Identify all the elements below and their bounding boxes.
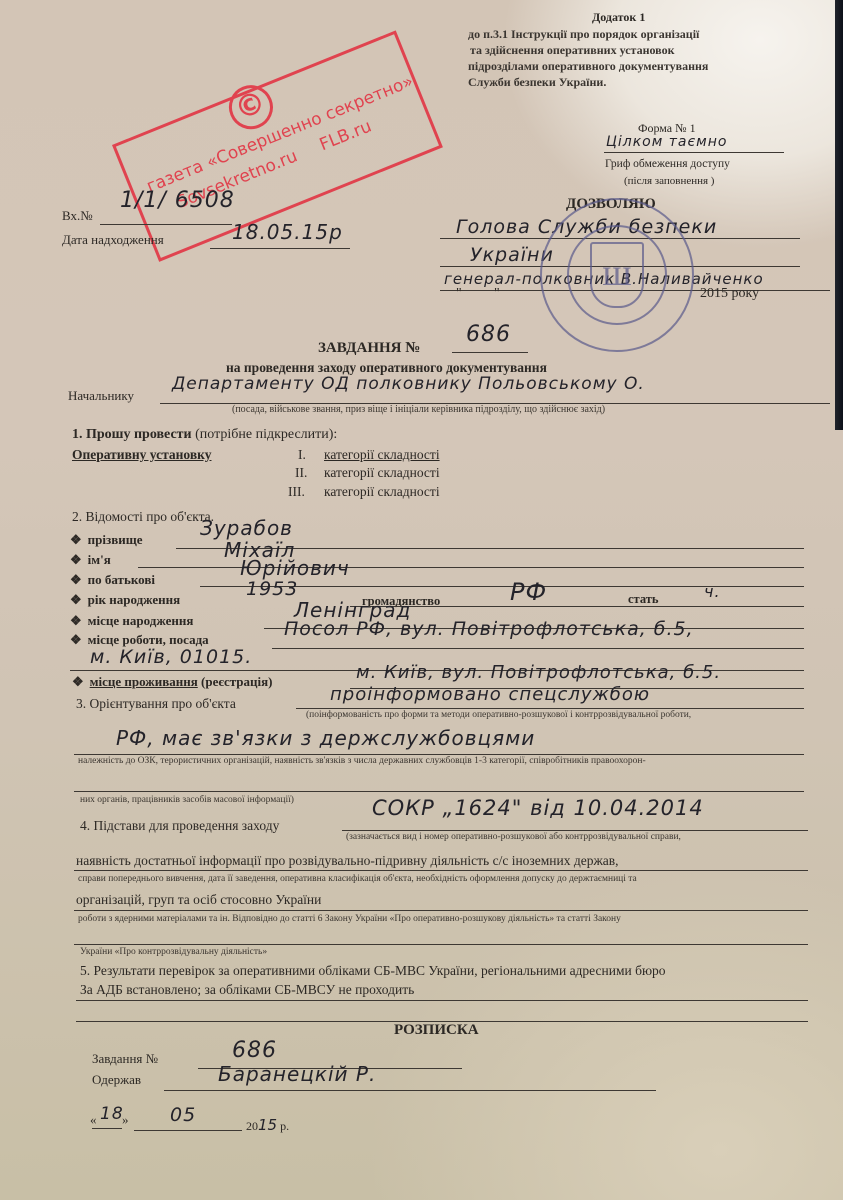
appendix-line: до п.3.1 Інструкції про порядок організа… <box>468 26 708 42</box>
incoming-number-line <box>100 224 232 225</box>
section1-title-bold: 1. Прошу провести <box>72 427 192 442</box>
chief-label: Начальнику <box>68 388 134 404</box>
receipt-title: РОЗПИСКА <box>394 1022 479 1039</box>
appendix-title: Додаток 1 <box>592 10 753 25</box>
trident-emblem-icon: ш <box>590 242 644 308</box>
patronymic-label: ❖по батькові <box>70 572 155 588</box>
section4-line-4 <box>74 944 808 945</box>
receipt-month-line <box>134 1130 242 1131</box>
citizenship-value: РФ <box>510 578 547 606</box>
section4-note3: роботи з ядерними матеріалами та ін. Від… <box>78 914 621 924</box>
label-text: рік народження <box>88 592 181 607</box>
diamond-bullet-icon: ❖ <box>70 572 82 587</box>
section4-value-line1: СОКР „1624" від 10.04.2014 <box>372 796 704 820</box>
classification-value: Цілком таємно <box>606 134 727 150</box>
incoming-date-value: 18.05.15р <box>232 220 343 244</box>
section2-title: 2. Відомості про об'єкта. <box>72 509 214 525</box>
sex-value: ч. <box>704 582 721 601</box>
receipt-year: 2015 р. <box>246 1116 289 1134</box>
section5-value: За АДБ встановлено; за обліками СБ-МВСУ … <box>80 982 414 998</box>
label-text: місце народження <box>88 613 194 628</box>
category-option-1[interactable]: категорії складності <box>324 447 440 463</box>
appendix-line: та здійснення оперативних установок <box>468 42 708 58</box>
category-numeral: I. <box>298 447 306 463</box>
approval-year: 2015 року <box>700 286 759 302</box>
receipt-task-label: Завдання № <box>92 1051 158 1067</box>
incoming-date-line <box>210 248 350 249</box>
diamond-bullet-icon: ❖ <box>70 552 82 567</box>
label-text: місце роботи, посада <box>88 632 209 647</box>
section3-note2: належність до ОЗК, терористичних організ… <box>78 756 646 766</box>
appendix-text: до п.3.1 Інструкції про порядок організа… <box>468 26 708 90</box>
diamond-bullet-icon: ❖ <box>70 613 82 628</box>
category-numeral: III. <box>288 484 305 500</box>
year-prefix: 20 <box>246 1119 258 1133</box>
category-option-2[interactable]: категорії складності <box>324 465 440 481</box>
section4-value-line3: організацій, груп та осіб стосовно Украї… <box>76 892 321 908</box>
patronymic-value: Юрійович <box>240 556 350 580</box>
name-line <box>138 567 804 568</box>
work-value-line1: Посол РФ, вул. Повітрофлотська, б.5, <box>284 618 694 640</box>
surname-value: Зурабов <box>200 516 293 540</box>
residence-value: м. Київ, вул. Повітрофлотська, б.5. <box>356 662 721 683</box>
receipt-day-quote: « <box>90 1112 97 1128</box>
section4-line-2 <box>74 870 808 871</box>
receipt-received-label: Одержав <box>92 1072 141 1088</box>
section4-note2: справи попереднього вивчення, дата її за… <box>78 874 637 884</box>
incoming-date-label: Дата надходження <box>62 232 164 248</box>
receipt-received-value: Баранецкій Р. <box>218 1062 376 1086</box>
incoming-number-value: 1/1/ 6508 <box>120 188 235 213</box>
work-value-line2: м. Київ, 01015. <box>90 646 252 668</box>
diamond-bullet-icon: ❖ <box>70 592 82 607</box>
label-text: місце проживання <box>90 674 198 689</box>
section4-line <box>342 830 808 831</box>
task-number-line <box>452 352 528 353</box>
work-line <box>272 648 804 649</box>
section3-note3: них органів, працівників засобів масової… <box>80 795 294 805</box>
name-label: ❖ім'я <box>70 552 111 568</box>
section5-line <box>76 1000 808 1001</box>
sbu-round-seal: ш <box>540 198 694 352</box>
section1-action: Оперативну установку <box>72 447 211 463</box>
section5-title: 5. Результати перевірок за оперативними … <box>80 963 666 979</box>
birth-year-label: ❖рік народження <box>70 592 180 608</box>
section3-line <box>296 708 804 709</box>
receipt-day-line <box>92 1128 122 1129</box>
photo-edge <box>835 0 843 430</box>
classification-line <box>604 152 784 153</box>
label-text: прізвище <box>88 532 143 547</box>
receipt-received-line <box>164 1090 656 1091</box>
year-handwritten: 15 <box>258 1116 277 1134</box>
receipt-task-value: 686 <box>232 1038 277 1063</box>
receipt-day-quote: » <box>122 1112 129 1128</box>
diamond-bullet-icon: ❖ <box>72 674 84 689</box>
section1-title-rest: (потрібне підкреслити): <box>192 427 338 442</box>
category-numeral: II. <box>295 465 307 481</box>
section3-line-2 <box>74 754 804 755</box>
receipt-day: 18 <box>100 1104 124 1124</box>
diamond-bullet-icon: ❖ <box>70 532 82 547</box>
sex-label: стать <box>628 592 659 607</box>
year-suffix: р. <box>280 1119 289 1133</box>
section3-value-line2: РФ, має зв'язки з держслужбовцями <box>116 726 535 750</box>
section4-value-line2: наявність достатньої інформації про розв… <box>76 853 619 869</box>
section4-title: 4. Підстави для проведення заходу <box>80 818 279 834</box>
section3-note1: (поінформованість про форми та методи оп… <box>306 710 691 720</box>
residence-label: ❖місце проживання (реєстрація) <box>72 674 272 690</box>
section4-note1: (зазначається вид і номер оперативно-роз… <box>346 832 681 842</box>
watermark-line: газета «Совершенно секретно» <box>144 71 416 197</box>
approval-date-quote: " <box>456 286 462 302</box>
label-text: по батькові <box>88 572 155 587</box>
birthplace-label: ❖місце народження <box>70 613 193 629</box>
citizenship-line <box>350 606 804 607</box>
chief-note: (посада, військове звання, приз віще і і… <box>232 404 605 415</box>
chief-value: Департаменту ОД полковнику Польовському … <box>172 374 645 394</box>
section3-value-line1: проінформовано спецслужбою <box>330 684 650 705</box>
section3-line-3 <box>74 791 804 792</box>
task-number: 686 <box>466 322 511 347</box>
birth-year-value: 1953 <box>246 578 298 600</box>
section3-title: 3. Орієнтування про об'єкта <box>76 696 236 712</box>
appendix-line: Служби безпеки України. <box>468 74 708 90</box>
section1-title: 1. Прошу провести (потрібне підкреслити)… <box>72 427 337 443</box>
task-title: ЗАВДАННЯ № <box>318 340 420 357</box>
section4-line-3 <box>74 910 808 911</box>
receipt-month: 05 <box>170 1104 196 1126</box>
appendix-line: підрозділами оперативного документування <box>468 58 708 74</box>
surname-label: ❖прізвище <box>70 532 142 548</box>
diamond-bullet-icon: ❖ <box>70 632 82 647</box>
label-text: ім'я <box>88 552 111 567</box>
label-extra: (реєстрація) <box>201 674 272 689</box>
classification-label: Гриф обмеження доступу <box>605 158 730 170</box>
incoming-number-label: Вх.№ <box>62 208 93 224</box>
section4-note4: України «Про контррозвідувальну діяльніс… <box>80 947 267 957</box>
classification-note: (після заповнення ) <box>624 175 714 187</box>
category-option-3[interactable]: категорії складності <box>324 484 440 500</box>
approval-date-quote: " <box>494 286 500 302</box>
